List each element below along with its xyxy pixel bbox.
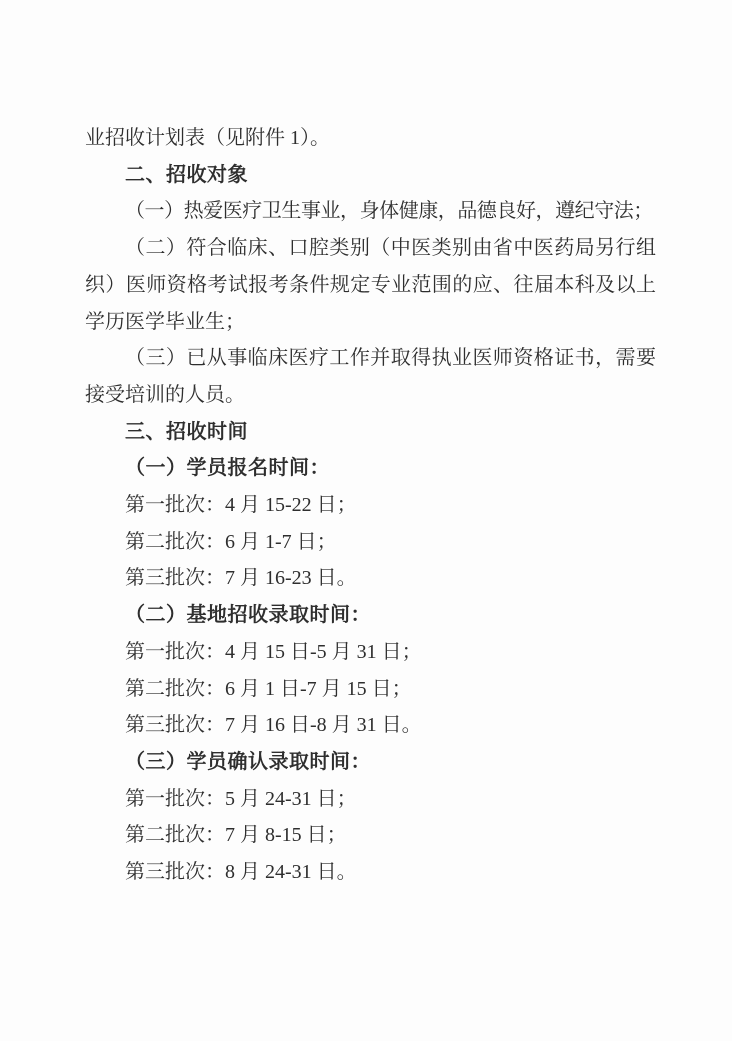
base-admission-batch-1: 第一批次：4 月 15 日-5 月 31 日；	[85, 634, 656, 671]
base-admission-batch-3: 第三批次：7 月 16 日-8 月 31 日。	[85, 707, 656, 744]
confirm-admission-batch-1: 第一批次：5 月 24-31 日；	[85, 781, 656, 818]
confirm-admission-batch-3: 第三批次：8 月 24-31 日。	[85, 854, 656, 891]
recruit-target-item-3: （三）已从事临床医疗工作并取得执业医师资格证书，需要接受培训的人员。	[85, 340, 656, 413]
section-heading-recruit-targets: 二、招收对象	[85, 157, 656, 194]
subsection-heading-base-admission-time: （二）基地招收录取时间：	[85, 597, 656, 634]
registration-batch-3: 第三批次：7 月 16-23 日。	[85, 560, 656, 597]
recruit-target-item-2: （二）符合临床、口腔类别（中医类别由省中医药局另行组织）医师资格考试报考条件规定…	[85, 230, 656, 340]
recruit-target-item-1: （一）热爱医疗卫生事业，身体健康，品德良好，遵纪守法；	[85, 193, 656, 230]
scanned-document-page: 业招收计划表（见附件 1）。 二、招收对象 （一）热爱医疗卫生事业，身体健康，品…	[0, 0, 732, 1041]
base-admission-batch-2: 第二批次：6 月 1 日-7 月 15 日；	[85, 671, 656, 708]
registration-batch-1: 第一批次：4 月 15-22 日；	[85, 487, 656, 524]
paragraph-intro-continuation: 业招收计划表（见附件 1）。	[85, 120, 656, 157]
subsection-heading-registration-time: （一）学员报名时间：	[85, 450, 656, 487]
registration-batch-2: 第二批次：6 月 1-7 日；	[85, 524, 656, 561]
section-heading-recruit-schedule: 三、招收时间	[85, 414, 656, 451]
subsection-heading-confirm-admission-time: （三）学员确认录取时间：	[85, 744, 656, 781]
confirm-admission-batch-2: 第二批次：7 月 8-15 日；	[85, 817, 656, 854]
